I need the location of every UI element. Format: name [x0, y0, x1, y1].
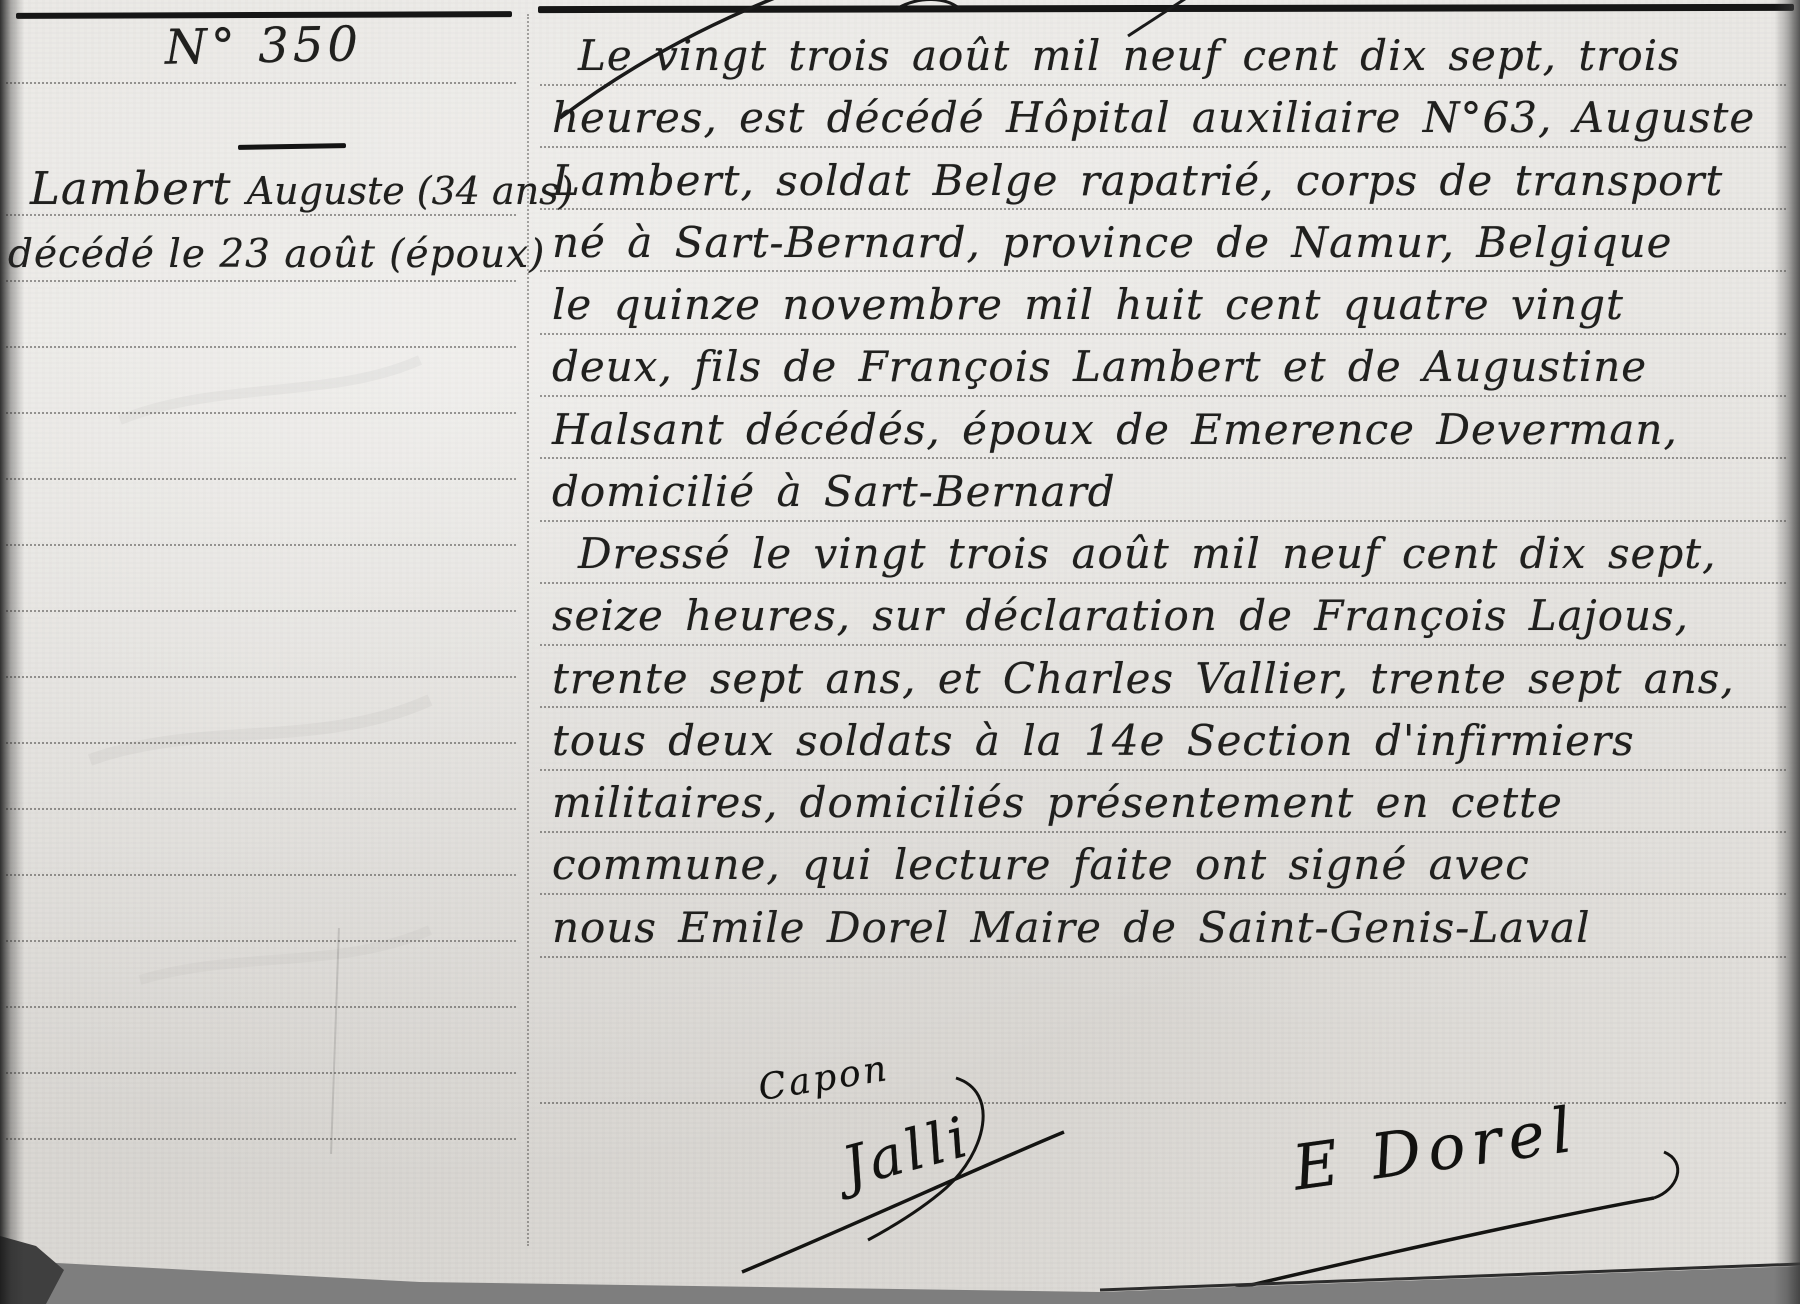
margin-death-note: décédé le 23 août (époux)	[8, 232, 545, 277]
ruled-line	[6, 940, 516, 942]
margin-underline-dash	[238, 143, 346, 150]
signature-mayor-dorel: E Dorel	[1288, 1092, 1583, 1204]
signature-witness-main: Jalli	[836, 1104, 978, 1200]
page-right-edge	[1774, 0, 1800, 1304]
ruled-line	[540, 1102, 1786, 1104]
act-text-line: deux, fils de François Lambert et de Aug…	[552, 336, 1647, 398]
ruled-line	[6, 1138, 516, 1140]
act-text-line: trente sept ans, et Charles Vallier, tre…	[552, 648, 1735, 710]
act-text-line: né à Sart-Bernard, province de Namur, Be…	[552, 212, 1673, 274]
ruled-line	[6, 676, 516, 678]
scan-background-band	[0, 1260, 1800, 1304]
ruled-line	[6, 478, 516, 480]
ruled-line	[6, 610, 516, 612]
signature-witness-capon: Capon	[756, 1048, 893, 1109]
ruled-line	[6, 808, 516, 810]
ruled-line	[6, 742, 516, 744]
act-text-line: heures, est décédé Hôpital auxiliaire N°…	[552, 87, 1755, 149]
act-text-line: tous deux soldats à la 14e Section d'inf…	[552, 710, 1635, 772]
ruled-line	[6, 412, 516, 414]
margin-given-name: Auguste (34 ans)	[247, 169, 574, 213]
ruled-line	[6, 874, 516, 876]
act-text-line: le quinze novembre mil huit cent quatre …	[552, 274, 1624, 336]
ruled-line	[6, 280, 516, 282]
act-text-line: seize heures, sur déclaration de Françoi…	[552, 585, 1689, 647]
ruled-line	[6, 544, 516, 546]
paper-crease	[330, 928, 340, 1154]
margin-surname: Lambert	[30, 162, 231, 215]
act-text-line: Le vingt trois août mil neuf cent dix se…	[552, 25, 1681, 87]
margin-name: Lambert Auguste (34 ans)	[30, 162, 574, 215]
ruled-line	[6, 1072, 516, 1074]
act-text-line: Dressé le vingt trois août mil neuf cent…	[552, 523, 1717, 585]
binding-edge	[0, 0, 24, 1304]
ruled-line	[6, 82, 516, 84]
act-text-line: Halsant décédés, époux de Emerence Dever…	[552, 399, 1678, 461]
act-text-line: Lambert, soldat Belge rapatrié, corps de…	[552, 150, 1723, 212]
ruled-line	[6, 1006, 516, 1008]
record-number: N° 350	[165, 16, 363, 75]
act-text-line: commune, qui lecture faite ont signé ave…	[552, 834, 1530, 896]
header-rule-main	[538, 4, 1794, 13]
register-page: N° 350 Lambert Auguste (34 ans) décédé l…	[0, 0, 1800, 1304]
act-text-line: domicilié à Sart-Bernard	[552, 461, 1116, 523]
ruled-line	[6, 346, 516, 348]
act-text-line: militaires, domiciliés présentement en c…	[552, 772, 1563, 834]
act-text-line: nous Emile Dorel Maire de Saint-Genis-La…	[552, 897, 1591, 959]
